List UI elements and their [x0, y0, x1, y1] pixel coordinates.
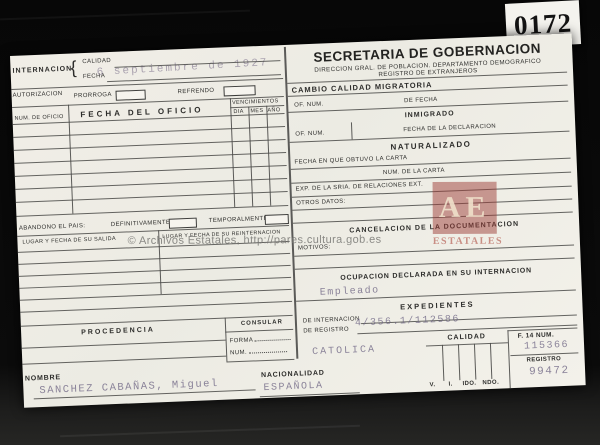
num-carta-label: NUM. DE LA CARTA [383, 168, 445, 176]
forma-leader [255, 333, 291, 341]
inmigrado-label: INMIGRADO [289, 106, 571, 124]
rule [507, 327, 577, 331]
num-label: NUM. [230, 345, 287, 356]
archivos-estatales-logo: AE ESTATALES [433, 182, 497, 247]
rule [14, 152, 286, 164]
refrendo-label: REFRENDO [177, 88, 214, 95]
logo-square: AE [433, 182, 497, 234]
calidad-col-i: I. [448, 382, 452, 388]
rule [510, 352, 578, 356]
autorizacion-label: AUTORIZACION [12, 91, 62, 99]
field-divider [351, 122, 353, 139]
internacion-label: INTERNACION [12, 66, 72, 75]
prorroga-checkbox [115, 90, 145, 101]
rule [16, 191, 288, 203]
scanned-document-page: 0172 INTERNACION { CALIDAD FECHA 6 septi… [0, 0, 600, 445]
calidad-divider [474, 344, 476, 380]
of-num-label: OF. NUM. [294, 101, 324, 108]
rule [19, 277, 291, 289]
scan-edge-artifact [0, 10, 250, 21]
calidad-divider [490, 343, 492, 379]
religion-value: CATOLICA [312, 345, 376, 359]
scan-edge-artifact [60, 425, 360, 437]
procedencia-label: PROCEDENCIA [81, 326, 155, 336]
rule [426, 342, 508, 346]
rule [20, 289, 292, 301]
nacionalidad-value: ESPAÑOLA [263, 381, 323, 394]
calidad-col-ndo: NDO. [482, 380, 499, 387]
num-leader [249, 345, 287, 354]
num-oficio-label: NUM. DE OFICIO [14, 114, 63, 122]
rule [13, 126, 285, 138]
de-registro-label: DE REGISTRO [303, 327, 349, 335]
registro-label: REGISTRO [527, 356, 562, 363]
fecha-declaracion-label: FECHA DE LA DECLARACION [403, 124, 496, 134]
ocupacion-label: OCUPACION DECLARADA EN SU INTERNACION [295, 265, 577, 283]
nombre-label: NOMBRE [25, 374, 61, 382]
rule [22, 340, 226, 349]
exp-sria-label: EXP. DE LA SRIA. DE RELACIONES EXT. [295, 182, 423, 193]
logo-caption: ESTATALES [433, 236, 497, 247]
definitivamente-label: DEFINITIVAMENTE [111, 220, 171, 228]
prorroga-label: PRORROGA [74, 92, 112, 100]
calidad-col-ido: IDO. [462, 381, 476, 388]
expediente-value: 4/356.1/112586 [355, 314, 460, 329]
logo-letters: AE [439, 191, 491, 225]
rule [15, 165, 287, 177]
calidad-divider [458, 344, 460, 380]
rule [18, 253, 290, 265]
f14-divider [507, 330, 510, 388]
rule [226, 359, 294, 363]
temporalmente-label: TEMPORALMENTE [209, 216, 268, 224]
forma-label: FORMA [229, 333, 291, 344]
archivos-estatales-watermark: © Archivos Estatales, http://pares.cultu… [128, 234, 382, 247]
de-fecha-label: DE FECHA [404, 97, 438, 104]
abandono-label: ABANDONO EL PAIS: [19, 223, 86, 232]
forma-label-text: FORMA [230, 337, 254, 344]
calidad-box-label: CALIDAD [426, 332, 508, 342]
rule [15, 178, 287, 190]
temporalmente-checkbox [265, 214, 289, 225]
f14-value: 115366 [524, 340, 569, 353]
rule [14, 139, 286, 151]
rule [225, 329, 293, 333]
consular-label: CONSULAR [241, 319, 283, 327]
naturalizado-label: NATURALIZADO [290, 136, 572, 156]
nacionalidad-label: NACIONALIDAD [261, 370, 325, 380]
registro-value: 99472 [529, 365, 570, 379]
refrendo-checkbox [223, 85, 255, 96]
rule [16, 205, 288, 217]
of-num2-label: OF. NUM. [295, 130, 325, 137]
rule [20, 301, 292, 313]
rule [22, 356, 226, 365]
calidad-label: CALIDAD [82, 58, 111, 65]
num-label-text: NUM. [230, 350, 247, 357]
rule [19, 265, 291, 277]
brace-glyph: { [70, 57, 77, 78]
registration-card: INTERNACION { CALIDAD FECHA 6 septiembre… [10, 33, 586, 407]
calidad-divider [442, 345, 444, 381]
f14-label: F. 14 NUM. [518, 331, 555, 339]
definitivamente-checkbox [169, 218, 197, 229]
de-internacion-label: DE INTERNACION [303, 316, 360, 324]
calidad-col-v: V. [429, 382, 435, 388]
salida-label: LUGAR Y FECHA DE SU SALIDA [22, 236, 116, 246]
otros-datos-label: OTROS DATOS: [296, 199, 346, 207]
